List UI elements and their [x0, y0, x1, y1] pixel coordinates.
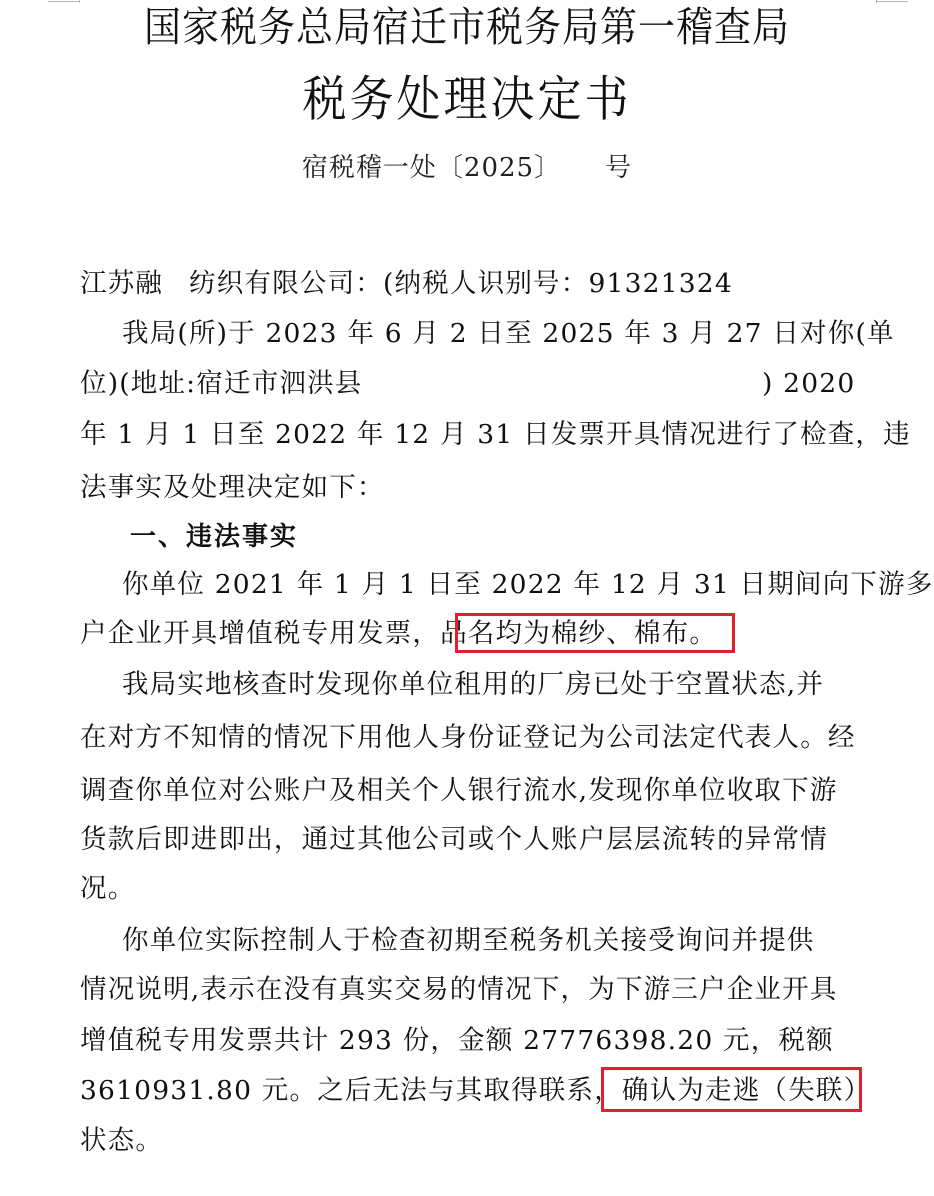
- para1-line-2: 户企业开具增值税专用发票，品名均为棉纱、棉布。: [80, 616, 717, 652]
- para2-line-2: 在对方不知情的情况下用他人身份证登记为公司法定代表人。经: [80, 720, 856, 756]
- para2-line-4: 货款后即进即出，通过其他公司或个人账户层层流转的异常情: [80, 822, 828, 858]
- intro-line-2-end: ) 2020: [762, 366, 855, 402]
- para3-line-1: 你单位实际控制人于检查初期至税务机关接受询问并提供: [122, 923, 815, 959]
- intro-line-1: 我局(所)于 2023 年 6 月 2 日至 2025 年 3 月 27 日对你…: [122, 316, 895, 352]
- para3-line-3: 增值税专用发票共计 293 份，金额 27776398.20 元，税额: [80, 1023, 834, 1059]
- intro-address: 位)(地址:宿迁市泗洪县: [80, 368, 363, 399]
- para1-line-2-text: 户企业开具增值税专用发票，: [80, 618, 440, 649]
- section-heading-violations: 一、违法事实: [130, 519, 298, 555]
- intro-line-2: 位)(地址:宿迁市泗洪县: [80, 366, 363, 402]
- para3-line-4-text: 3610931.80 元。之后无法与其取得联系，: [80, 1075, 622, 1106]
- document-title: 税务处理决定书: [0, 69, 934, 131]
- para2-line-5: 况。: [80, 871, 135, 907]
- para3-line-5: 状态。: [80, 1123, 163, 1159]
- para3-line-4: 3610931.80 元。之后无法与其取得联系，确认为走逃（失联）: [80, 1073, 871, 1109]
- document-number-prefix: 宿税稽一处〔2025〕: [302, 153, 561, 183]
- page-corner-mark-left: [48, 1, 80, 2]
- intro-line-4: 法事实及处理决定如下：: [80, 470, 385, 506]
- para1-highlight-text: 品名均为棉纱、棉布。: [440, 618, 717, 649]
- para2-line-1: 我局实地核查时发现你单位租用的厂房已处于空置状态,并: [122, 667, 824, 703]
- para3-line-2: 情况说明,表示在没有真实交易的情况下，为下游三户企业开具: [80, 972, 838, 1008]
- page-corner-mark-right: [876, 1, 908, 2]
- para1-line-1: 你单位 2021 年 1 月 1 日至 2022 年 12 月 31 日期间向下…: [122, 567, 934, 603]
- document-number: 宿税稽一处〔2025〕号: [0, 150, 934, 186]
- intro-line-3: 年 1 月 1 日至 2022 年 12 月 31 日发票开具情况进行了检查，违: [80, 417, 911, 453]
- document-number-suffix: 号: [605, 153, 632, 183]
- para3-highlight-text: 确认为走逃（失联）: [622, 1075, 871, 1106]
- addressee-line: 江苏融纺织有限公司：(纳税人识别号：91321324: [80, 266, 733, 302]
- addressee-part1: 江苏融: [80, 268, 163, 299]
- addressee-part2: 纺织有限公司：(纳税人识别号：91321324: [189, 268, 733, 299]
- agency-name: 国家税务总局宿迁市税务局第一稽查局: [0, 4, 934, 52]
- para2-line-3: 调查你单位对公账户及相关个人银行流水,发现你单位收取下游: [80, 773, 838, 809]
